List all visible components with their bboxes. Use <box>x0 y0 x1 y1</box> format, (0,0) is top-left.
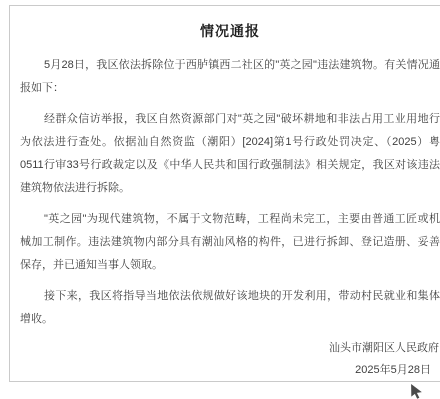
notice-line: 为依法进行查处。依据汕自然资监（潮阳）[2024]第1号行政处罚决定、（2025… <box>20 131 440 154</box>
mouse-cursor-icon <box>410 384 424 394</box>
notice-line: 接下来，我区将指导当地依法依规做好该地块的开发利用，带动村民就业和集体 <box>20 285 440 308</box>
notice-line: 报如下： <box>20 77 440 100</box>
notice-line: 建筑物依法进行拆除。 <box>20 177 440 200</box>
notice-line: 增收。 <box>20 308 440 331</box>
notice-line: 械加工制作。违法建筑物内部分具有潮汕风格的构件，已进行拆卸、登记造册、妥善 <box>20 231 440 254</box>
notice-line: 保存，并已通知当事人领取。 <box>20 254 440 277</box>
notice-document: 情况通报 5月28日，我区依法拆除位于西胪镇西二社区的"英之园"违法建筑物。有关… <box>9 5 440 382</box>
signature-authority: 汕头市潮阳区人民政府 <box>20 337 440 359</box>
notice-line: "英之园"为现代建筑物，不属于文物范畴，工程尚未完工，主要由普通工匠或机 <box>20 208 440 231</box>
notice-line: 5月28日，我区依法拆除位于西胪镇西二社区的"英之园"违法建筑物。有关情况通 <box>20 54 440 77</box>
notice-title: 情况通报 <box>20 21 440 41</box>
signature-date: 2025年5月28日 <box>20 359 440 381</box>
notice-line: 0511行审33号行政裁定以及《中华人民共和国行政强制法》相关规定，我区对该违法 <box>20 154 440 177</box>
notice-line: 经群众信访举报，我区自然资源部门对"英之园"破坏耕地和非法占用工业用地行 <box>20 108 440 131</box>
